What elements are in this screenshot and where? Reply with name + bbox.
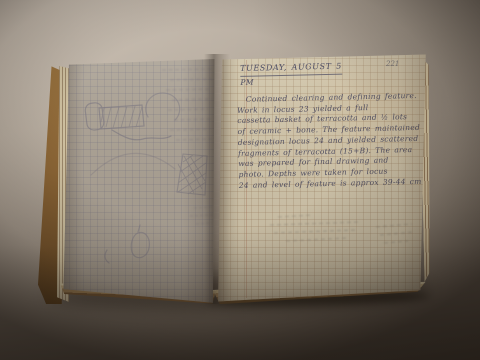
sketch-handle-shape <box>84 102 104 131</box>
sketch-hatch-lines <box>101 106 142 128</box>
pencil-sketches <box>62 56 216 304</box>
feature-plan-sketch <box>84 93 179 175</box>
faint-pencil-notes <box>190 207 213 224</box>
show-through-text-marks <box>162 69 212 140</box>
right-page: 221 TUESDAY, AUGUST 5 PM Continued clear… <box>216 52 430 304</box>
pottery-profile-sketch <box>105 225 149 263</box>
sketch-mound-arc <box>91 153 175 175</box>
sketch-contour-line <box>112 130 171 140</box>
notebook-photo-scene: 221 TUESDAY, AUGUST 5 PM Continued clear… <box>0 0 480 360</box>
sketch-circle-outline <box>146 93 180 120</box>
crosshatched-section-sketch <box>177 154 207 195</box>
left-page <box>62 56 216 304</box>
pencil-smudges <box>216 52 430 304</box>
small-hook-sketch <box>105 250 109 263</box>
